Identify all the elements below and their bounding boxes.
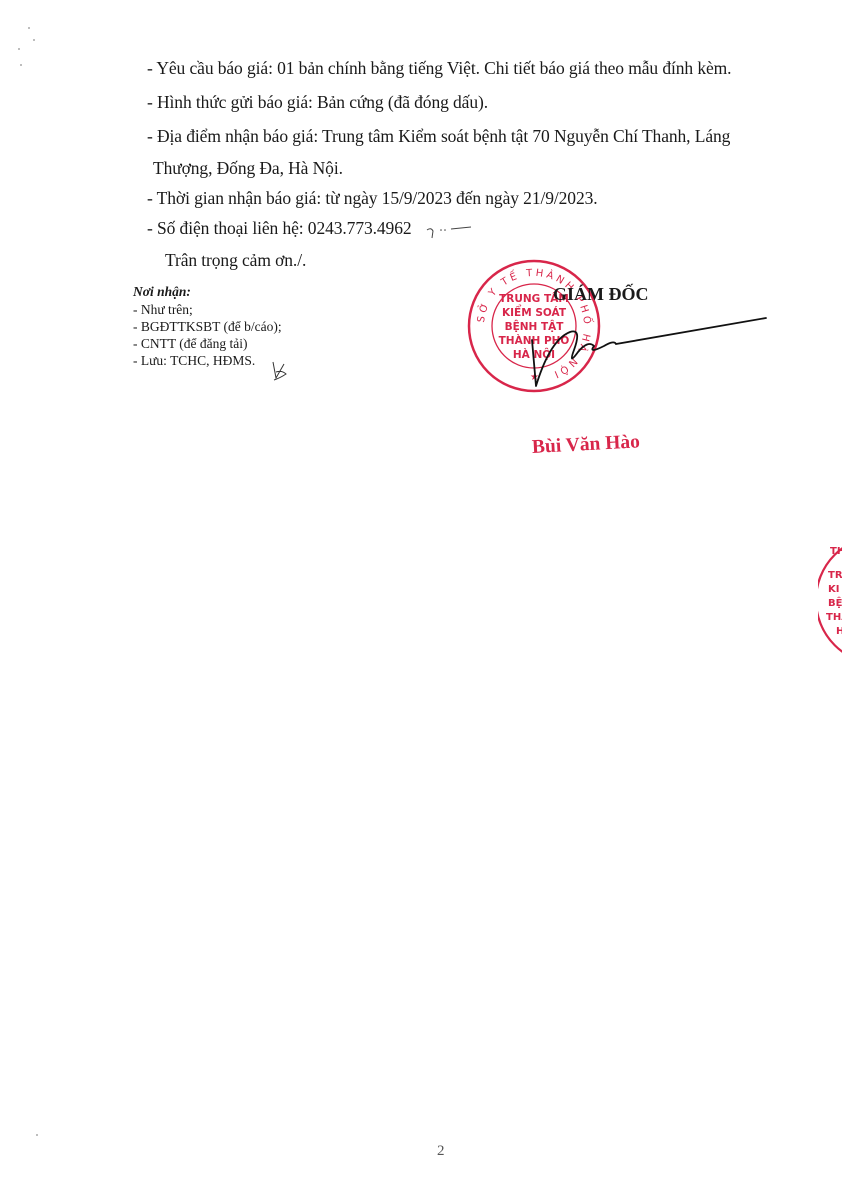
svg-text:KI: KI xyxy=(828,584,839,595)
page-number: 2 xyxy=(437,1143,445,1160)
body-line-quote-request: - Yêu cầu báo giá: 01 bản chính bằng tiế… xyxy=(147,58,731,79)
recipient-item: - Như trên; xyxy=(133,302,193,318)
scan-speck xyxy=(20,64,22,66)
svg-text:BỆ: BỆ xyxy=(828,596,842,609)
scan-speck xyxy=(18,48,20,50)
svg-text:H: H xyxy=(836,626,842,637)
initials-mark xyxy=(268,358,290,382)
body-line-location: - Địa điểm nhận báo giá: Trung tâm Kiểm … xyxy=(147,126,730,147)
recipient-item: - BGĐTTKSBT (để b/cáo); xyxy=(133,319,282,335)
svg-text:TR: TR xyxy=(828,570,842,581)
edge-stamp-fragment: TH TR KI BỆ THA H xyxy=(818,530,842,670)
body-line-phone: - Số điện thoại liên hệ: 0243.773.4962 xyxy=(147,218,412,239)
handwritten-tick-mark xyxy=(425,222,475,242)
closing-line: Trân trọng cảm ơn./. xyxy=(165,250,306,271)
handwritten-signature xyxy=(530,310,770,390)
recipient-item: - Lưu: TCHC, HĐMS. xyxy=(133,353,255,369)
scan-speck xyxy=(33,39,35,41)
svg-text:THA: THA xyxy=(826,612,842,623)
recipient-item: - CNTT (để đăng tải) xyxy=(133,336,247,352)
recipients-title: Nơi nhận: xyxy=(133,284,191,300)
director-title: GIÁM ĐỐC xyxy=(553,284,649,305)
scan-speck xyxy=(36,1134,38,1136)
body-line-submission-form: - Hình thức gửi báo giá: Bản cứng (đã đó… xyxy=(147,92,488,113)
svg-text:TH: TH xyxy=(830,546,842,557)
scan-speck xyxy=(28,27,30,29)
document-page: - Yêu cầu báo giá: 01 bản chính bằng tiế… xyxy=(0,0,842,1200)
body-line-time: - Thời gian nhận báo giá: từ ngày 15/9/2… xyxy=(147,188,598,209)
signer-name: Bùi Văn Hào xyxy=(531,431,640,459)
body-line-location-cont: Thượng, Đống Đa, Hà Nội. xyxy=(153,158,343,179)
